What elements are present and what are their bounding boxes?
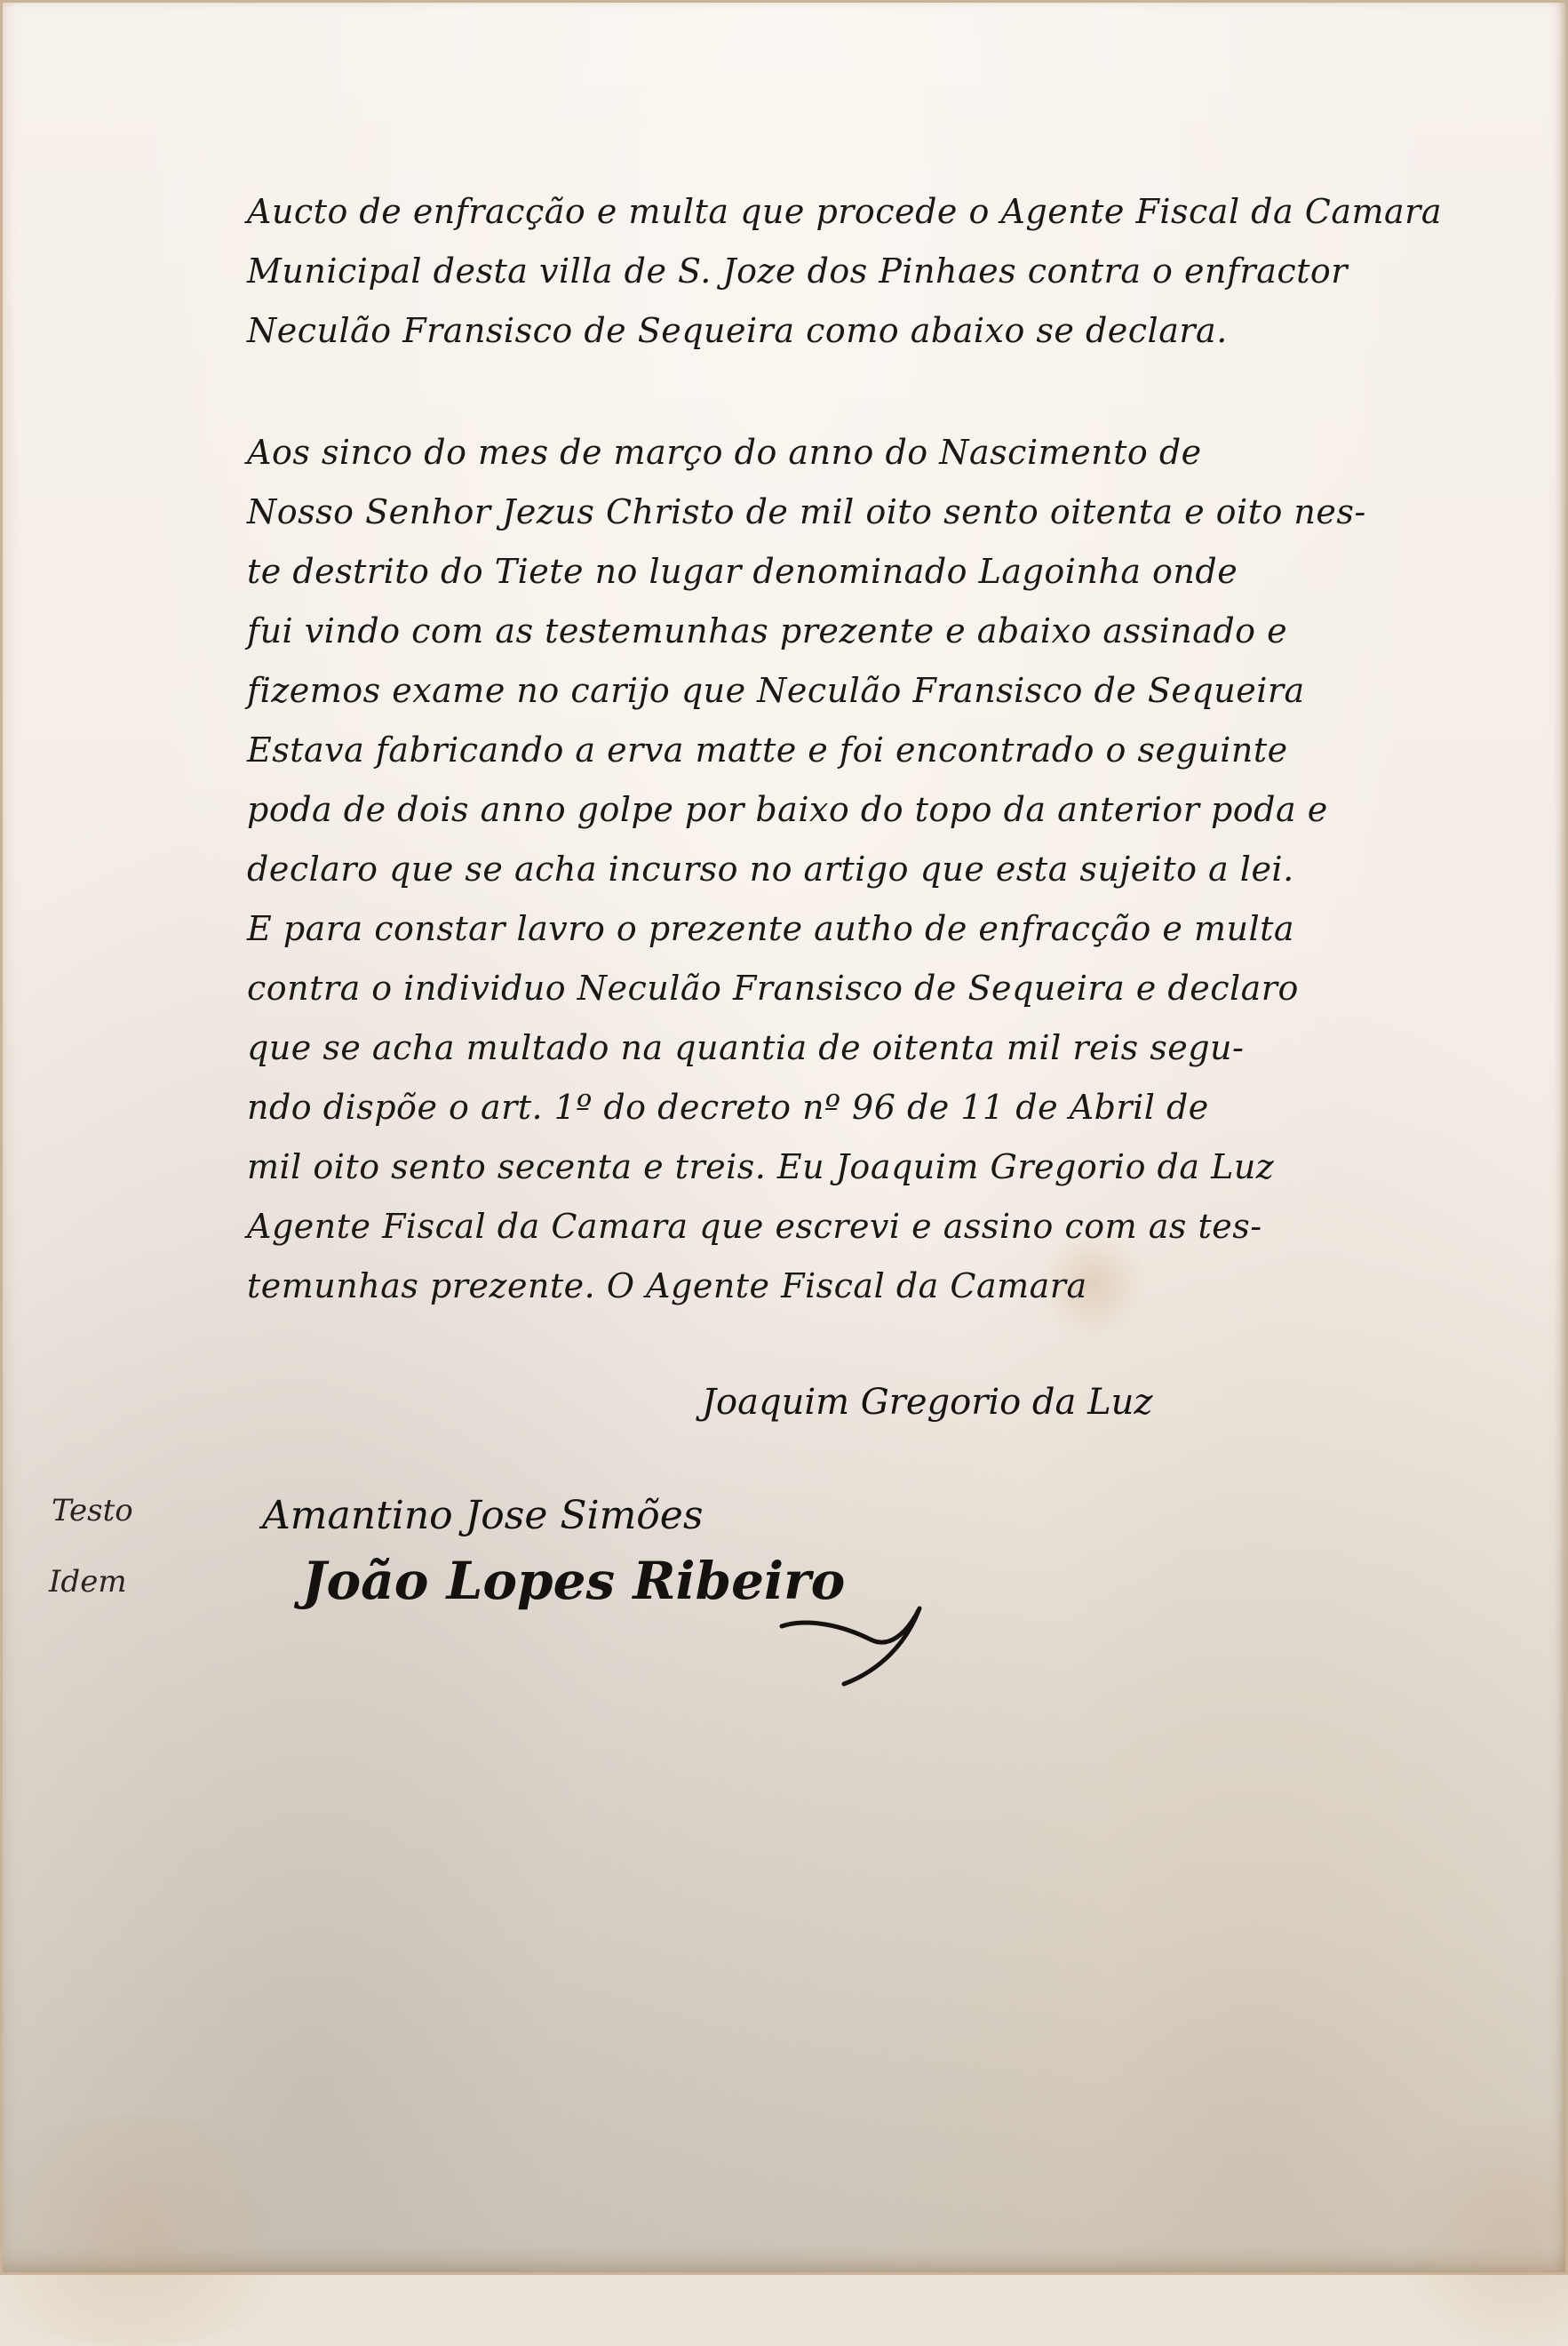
body-line: te destrito do Tiete no lugar denominado… bbox=[247, 542, 1238, 602]
body-line: fui vindo com as testemunhas prezente e … bbox=[247, 602, 1287, 661]
body-line: contra o individuo Neculão Fransisco de … bbox=[247, 959, 1299, 1018]
body-line: fizemos exame no carijo que Neculão Fran… bbox=[247, 661, 1305, 721]
body-line: que se acha multado na quantia de oitent… bbox=[247, 1018, 1244, 1078]
heading-line: Aucto de enfracção e multa que procede o… bbox=[247, 182, 1442, 242]
heading-line: Municipal desta villa de S. Joze dos Pin… bbox=[247, 242, 1348, 301]
witness-signature-1: Amantino Jose Simões bbox=[262, 1493, 703, 1538]
margin-label-idem: Idem bbox=[49, 1564, 127, 1600]
body-line: temunhas prezente. O Agente Fiscal da Ca… bbox=[247, 1257, 1087, 1316]
body-line: Aos sinco do mes de março do anno do Nas… bbox=[247, 423, 1202, 483]
margin-label-testemunha: Testo bbox=[52, 1493, 133, 1528]
body-line: ndo dispõe o art. 1º do decreto nº 96 de… bbox=[247, 1078, 1209, 1137]
body-line: E para constar lavro o prezente autho de… bbox=[247, 899, 1294, 959]
body-line: poda de dois anno golpe por baixo do top… bbox=[247, 780, 1328, 840]
body-line: declaro que se acha incurso no artigo qu… bbox=[247, 840, 1294, 899]
body-line: Nosso Senhor Jezus Christo de mil oito s… bbox=[247, 483, 1366, 542]
signature-flourish-icon bbox=[773, 1591, 951, 1688]
witness-signature-2: João Lopes Ribeiro bbox=[302, 1551, 845, 1611]
body-line: Agente Fiscal da Camara que escrevi e as… bbox=[247, 1197, 1262, 1257]
heading-line: Neculão Fransisco de Sequeira como abaix… bbox=[247, 301, 1228, 361]
manuscript-page: Aucto de enfracção e multa que procede o… bbox=[0, 0, 1568, 2275]
body-line: Estava fabricando a erva matte e foi enc… bbox=[247, 721, 1288, 780]
body-line: mil oito sento secenta e treis. Eu Joaqu… bbox=[247, 1137, 1274, 1197]
agent-signature: Joaquim Gregorio da Luz bbox=[702, 1382, 1152, 1423]
